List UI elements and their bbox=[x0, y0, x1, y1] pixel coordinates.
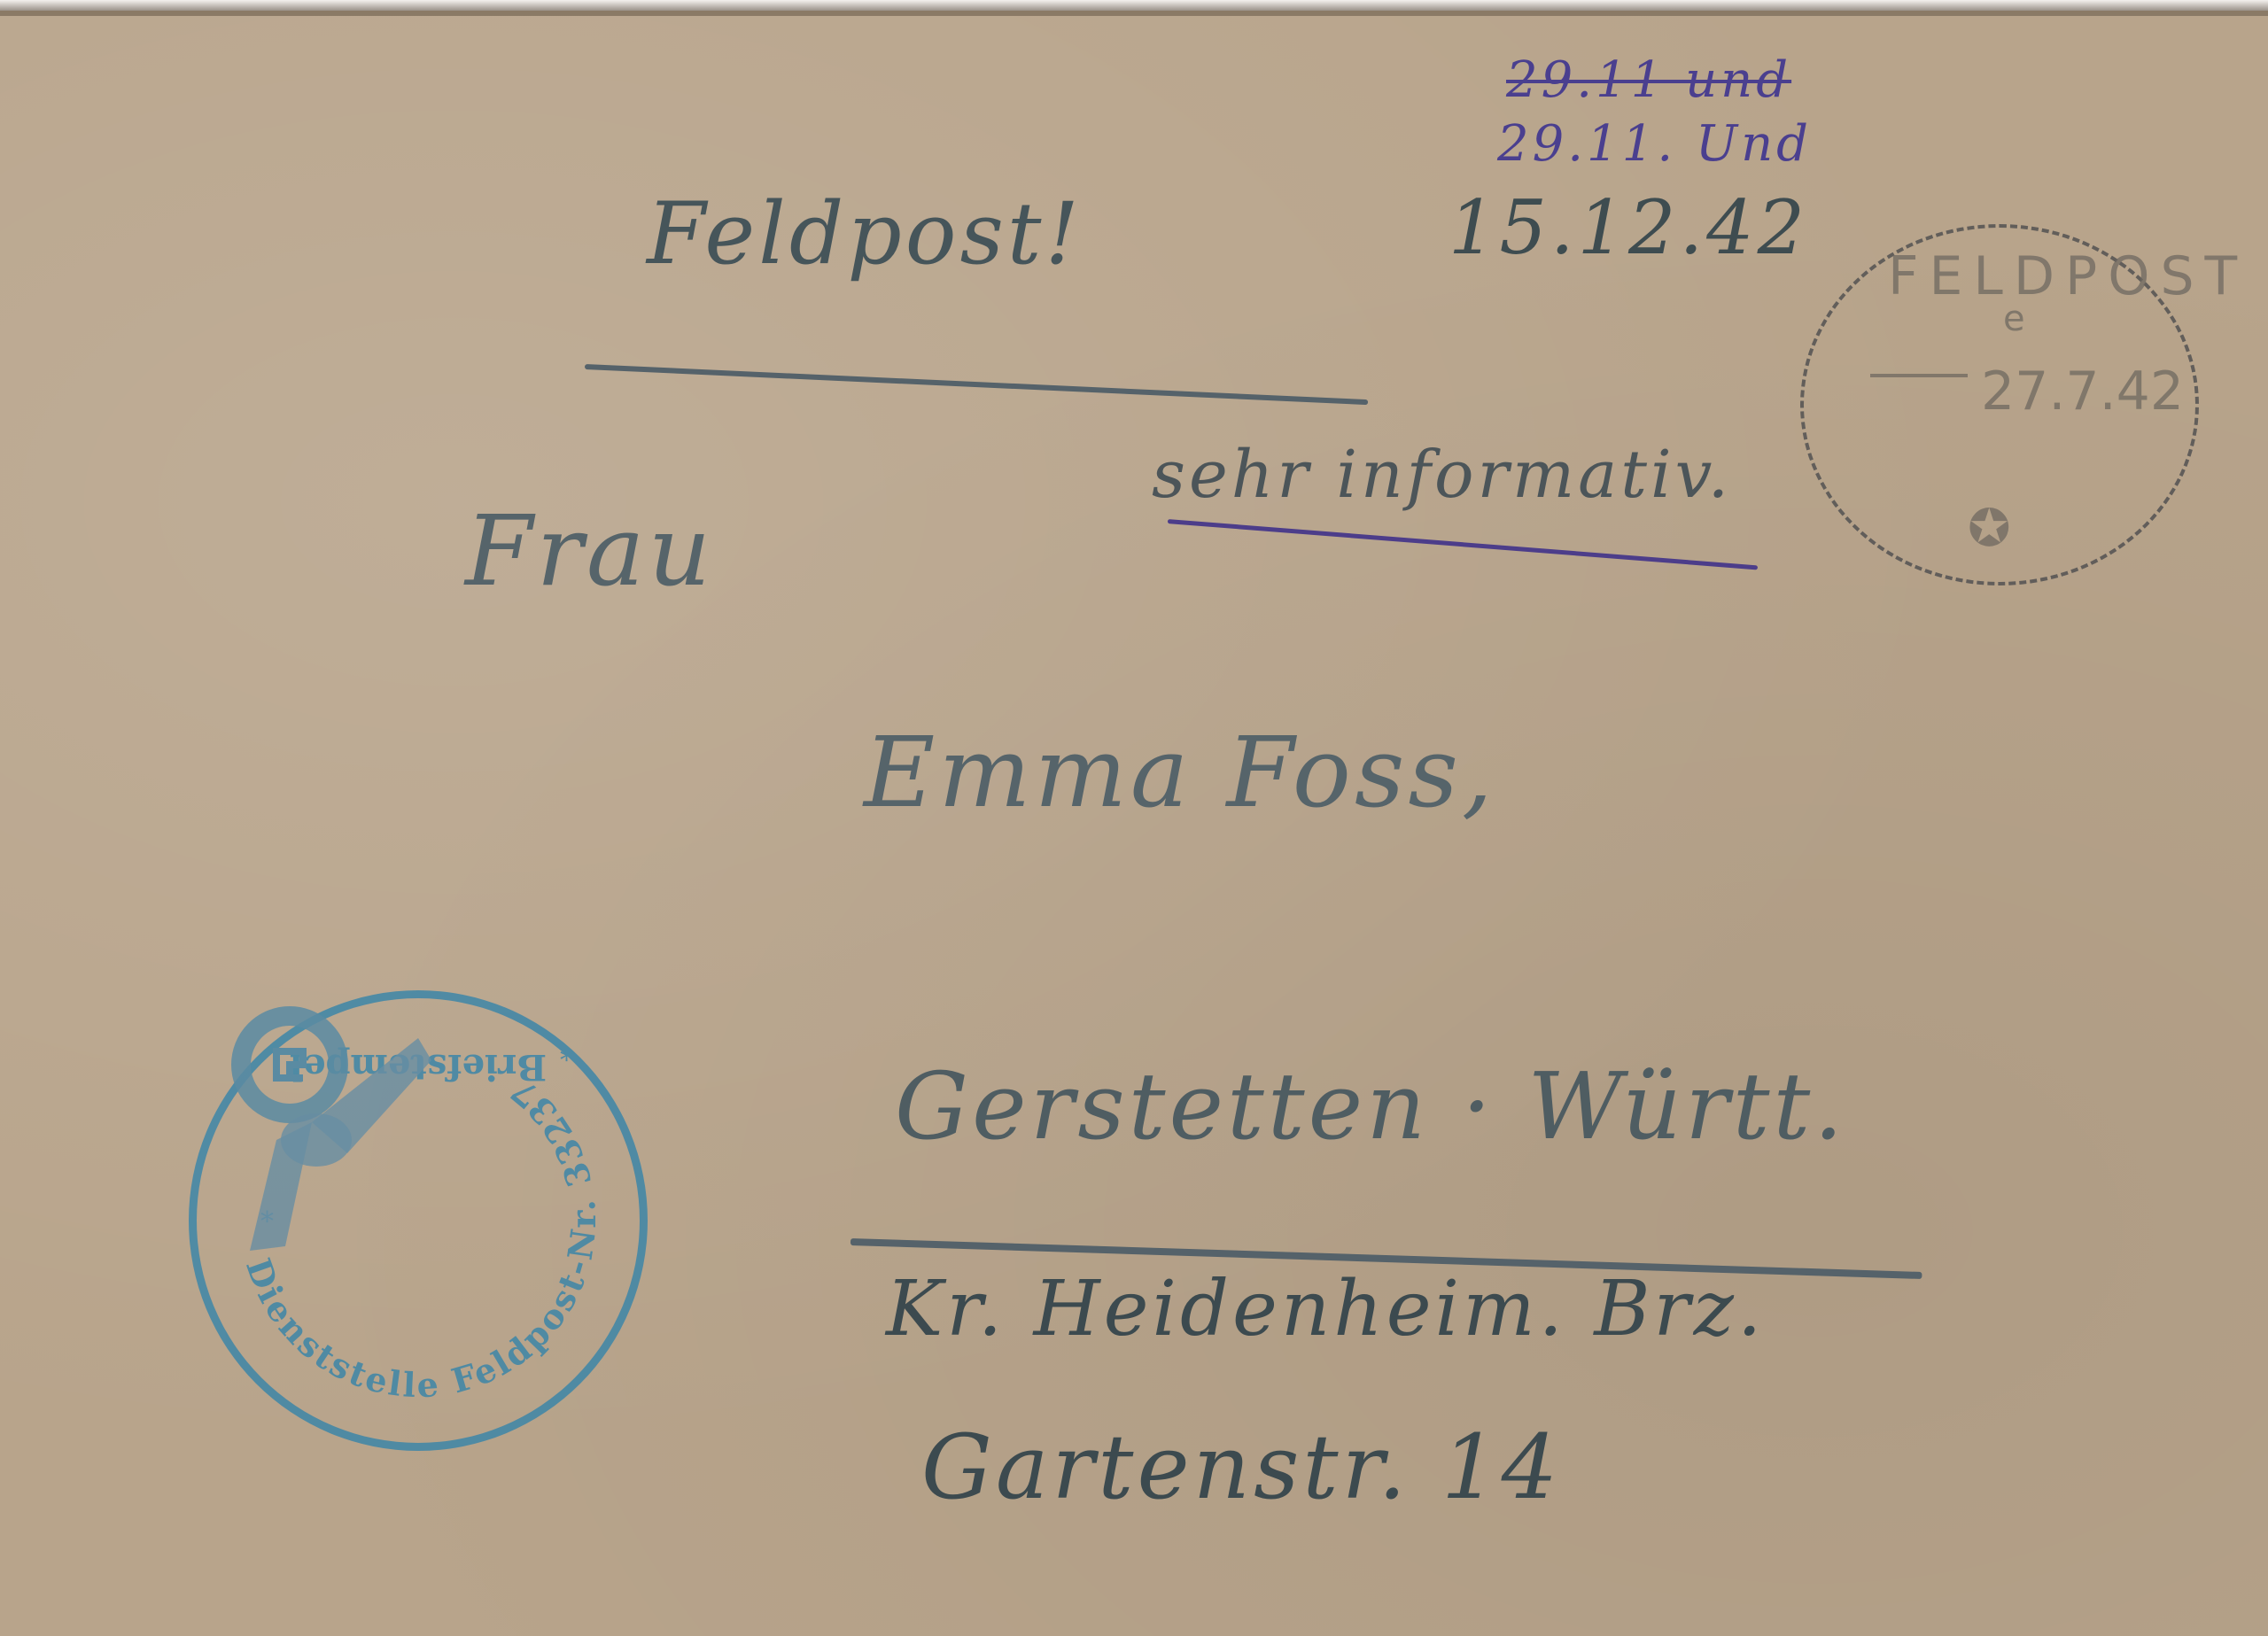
feldpost-underline bbox=[585, 364, 1368, 405]
feldpost-postmark: FELDPOST e 27.7.42 ✪ bbox=[1800, 224, 2199, 585]
recipient-district: Kr. Heidenheim. Brz. bbox=[886, 1265, 1765, 1353]
struck-annotation: 29.11 und bbox=[1506, 51, 1791, 109]
salutation: Frau bbox=[465, 494, 714, 608]
eagle-emblem-icon: ✪ bbox=[1968, 498, 2011, 558]
postmark-letter: e bbox=[2003, 299, 2025, 339]
feldpost-label: Feldpost! bbox=[647, 184, 1083, 283]
corrected-annotation: 29.11. Und bbox=[1497, 115, 1812, 173]
note-label: sehr informativ. bbox=[1152, 437, 1732, 513]
postmark-bar bbox=[1870, 374, 1968, 377]
date-annotation: 15.12.42 bbox=[1449, 184, 1808, 271]
recipient-street: Gartenstr. 14 bbox=[921, 1415, 1561, 1519]
service-stamp: Dienststelle Feldpost-Nr. 33237 Briefste… bbox=[189, 990, 648, 1451]
eagle-emblem-icon bbox=[197, 998, 462, 1264]
postmark-date: 27.7.42 bbox=[1981, 361, 2184, 423]
note-underline bbox=[1168, 519, 1758, 570]
envelope: 29.11 und 29.11. Und 15.12.42 Feldpost! … bbox=[0, 11, 2268, 1631]
postmark-circle-text: FELDPOST bbox=[1888, 245, 2248, 307]
recipient-town: Gerstetten · Württ. bbox=[895, 1052, 1846, 1160]
recipient-name: Emma Foss, bbox=[864, 716, 1496, 829]
svg-text:*: * bbox=[560, 1045, 573, 1076]
